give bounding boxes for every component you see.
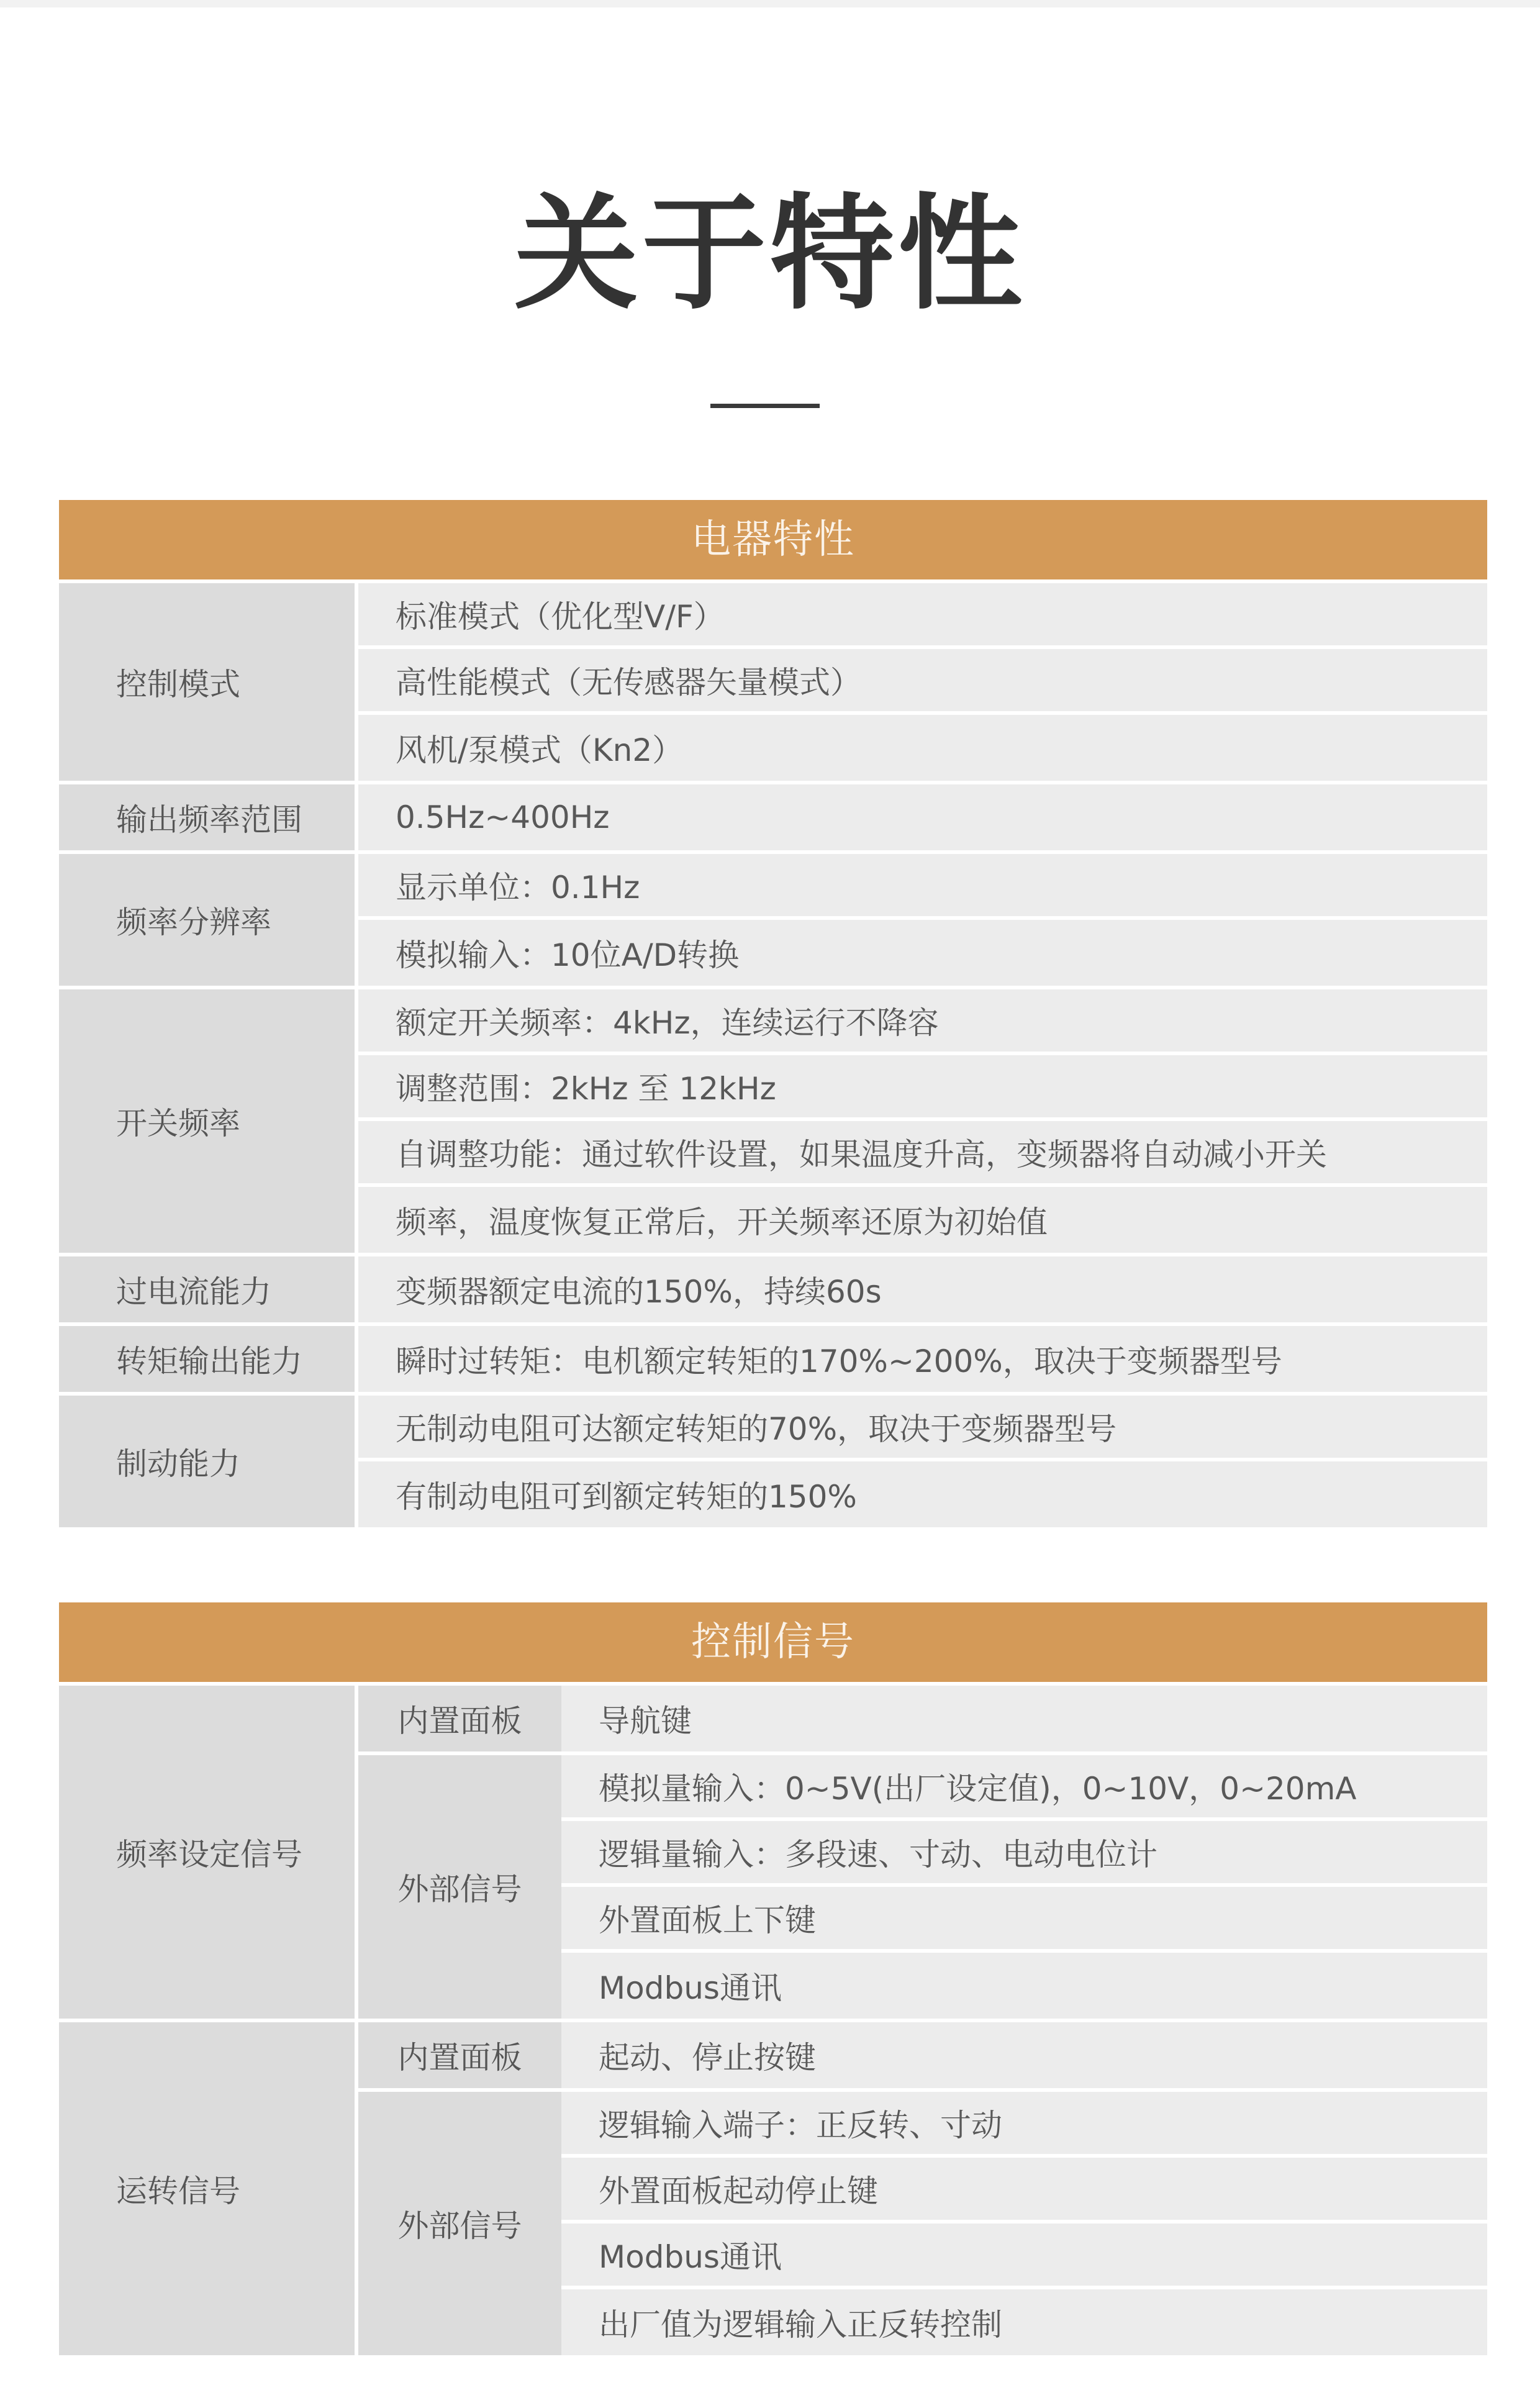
row-value: 显示单位：0.1Hz xyxy=(358,854,1487,920)
group-frequency-setting-signal: 频率设定信号 内置面板 导航键 外部信号 模拟量输入：0~5V(出厂设定值)，0… xyxy=(59,1686,1487,2022)
row-value: 额定开关频率：4kHz，连续运行不降容 xyxy=(358,989,1487,1055)
signal-value: 起动、停止按键 xyxy=(561,2022,1487,2088)
row-value: 标准模式（优化型V/F） xyxy=(358,583,1487,649)
top-bar xyxy=(0,0,1540,7)
row-label: 过电流能力 xyxy=(59,1256,355,1322)
row-value: 变频器额定电流的150%，持续60s xyxy=(358,1256,1487,1322)
signal-value: 导航键 xyxy=(561,1686,1487,1751)
row-value: 瞬时过转矩：电机额定转矩的170%~200%，取决于变频器型号 xyxy=(358,1326,1487,1392)
subgroup-label: 内置面板 xyxy=(358,2022,561,2088)
row-label: 控制模式 xyxy=(59,583,355,781)
row-control-mode: 控制模式 标准模式（优化型V/F） 高性能模式（无传感器矢量模式） 风机/泵模式… xyxy=(59,583,1487,784)
subgroup-label: 外部信号 xyxy=(358,1755,561,2019)
group-label: 运转信号 xyxy=(59,2022,355,2355)
control-signal-table: 控制信号 频率设定信号 内置面板 导航键 外部信号 模拟量输入：0~5V(出厂设… xyxy=(59,1602,1487,2355)
group-run-signal: 运转信号 内置面板 起动、停止按键 外部信号 逻辑输入端子：正反转、寸动 外置面… xyxy=(59,2022,1487,2355)
signal-value: 外置面板起动停止键 xyxy=(561,2158,1487,2224)
table-header-control: 控制信号 xyxy=(59,1602,1487,1682)
row-switching-frequency: 开关频率 额定开关频率：4kHz，连续运行不降容 调整范围：2kHz 至 12k… xyxy=(59,989,1487,1256)
page-title: 关于特性 xyxy=(0,180,1540,329)
signal-value: Modbus通讯 xyxy=(561,1953,1487,2019)
subgroup-label: 内置面板 xyxy=(358,1686,561,1751)
subgroup-builtin-panel: 内置面板 导航键 xyxy=(358,1686,1487,1755)
row-value: 频率，温度恢复正常后，开关频率还原为初始值 xyxy=(358,1187,1487,1253)
row-label: 制动能力 xyxy=(59,1396,355,1527)
table-header-electrical: 电器特性 xyxy=(59,500,1487,579)
signal-value: 模拟量输入：0~5V(出厂设定值)，0~10V，0~20mA xyxy=(561,1755,1487,1821)
title-divider xyxy=(710,404,820,408)
electrical-characteristics-table: 电器特性 控制模式 标准模式（优化型V/F） 高性能模式（无传感器矢量模式） 风… xyxy=(59,500,1487,1527)
signal-value: 逻辑输入端子：正反转、寸动 xyxy=(561,2092,1487,2158)
row-label: 转矩输出能力 xyxy=(59,1326,355,1392)
signal-value: 外置面板上下键 xyxy=(561,1887,1487,1953)
row-value: 无制动电阻可达额定转矩的70%，取决于变频器型号 xyxy=(358,1396,1487,1461)
signal-value: Modbus通讯 xyxy=(561,2224,1487,2289)
group-label: 频率设定信号 xyxy=(59,1686,355,2019)
row-braking-capacity: 制动能力 无制动电阻可达额定转矩的70%，取决于变频器型号 有制动电阻可到额定转… xyxy=(59,1396,1487,1527)
row-label: 开关频率 xyxy=(59,989,355,1253)
row-torque-output: 转矩输出能力 瞬时过转矩：电机额定转矩的170%~200%，取决于变频器型号 xyxy=(59,1326,1487,1396)
row-value: 有制动电阻可到额定转矩的150% xyxy=(358,1461,1487,1527)
row-frequency-resolution: 频率分辨率 显示单位：0.1Hz 模拟输入：10位A/D转换 xyxy=(59,854,1487,989)
row-label: 频率分辨率 xyxy=(59,854,355,986)
row-overcurrent-capacity: 过电流能力 变频器额定电流的150%，持续60s xyxy=(59,1256,1487,1326)
subgroup-builtin-panel: 内置面板 起动、停止按键 xyxy=(358,2022,1487,2092)
subgroup-external-signal: 外部信号 逻辑输入端子：正反转、寸动 外置面板起动停止键 Modbus通讯 出厂… xyxy=(358,2092,1487,2355)
row-value: 0.5Hz~400Hz xyxy=(358,784,1487,850)
row-value: 高性能模式（无传感器矢量模式） xyxy=(358,649,1487,715)
row-output-frequency-range: 输出频率范围 0.5Hz~400Hz xyxy=(59,784,1487,854)
row-value: 风机/泵模式（Kn2） xyxy=(358,715,1487,781)
subgroup-label: 外部信号 xyxy=(358,2092,561,2355)
row-label: 输出频率范围 xyxy=(59,784,355,850)
row-value: 调整范围：2kHz 至 12kHz xyxy=(358,1055,1487,1121)
signal-value: 逻辑量输入：多段速、寸动、电动电位计 xyxy=(561,1821,1487,1887)
row-value: 自调整功能：通过软件设置，如果温度升高，变频器将自动减小开关 xyxy=(358,1121,1487,1187)
subgroup-external-signal: 外部信号 模拟量输入：0~5V(出厂设定值)，0~10V，0~20mA 逻辑量输… xyxy=(358,1755,1487,2019)
signal-value: 出厂值为逻辑输入正反转控制 xyxy=(561,2289,1487,2355)
row-value: 模拟输入：10位A/D转换 xyxy=(358,920,1487,986)
